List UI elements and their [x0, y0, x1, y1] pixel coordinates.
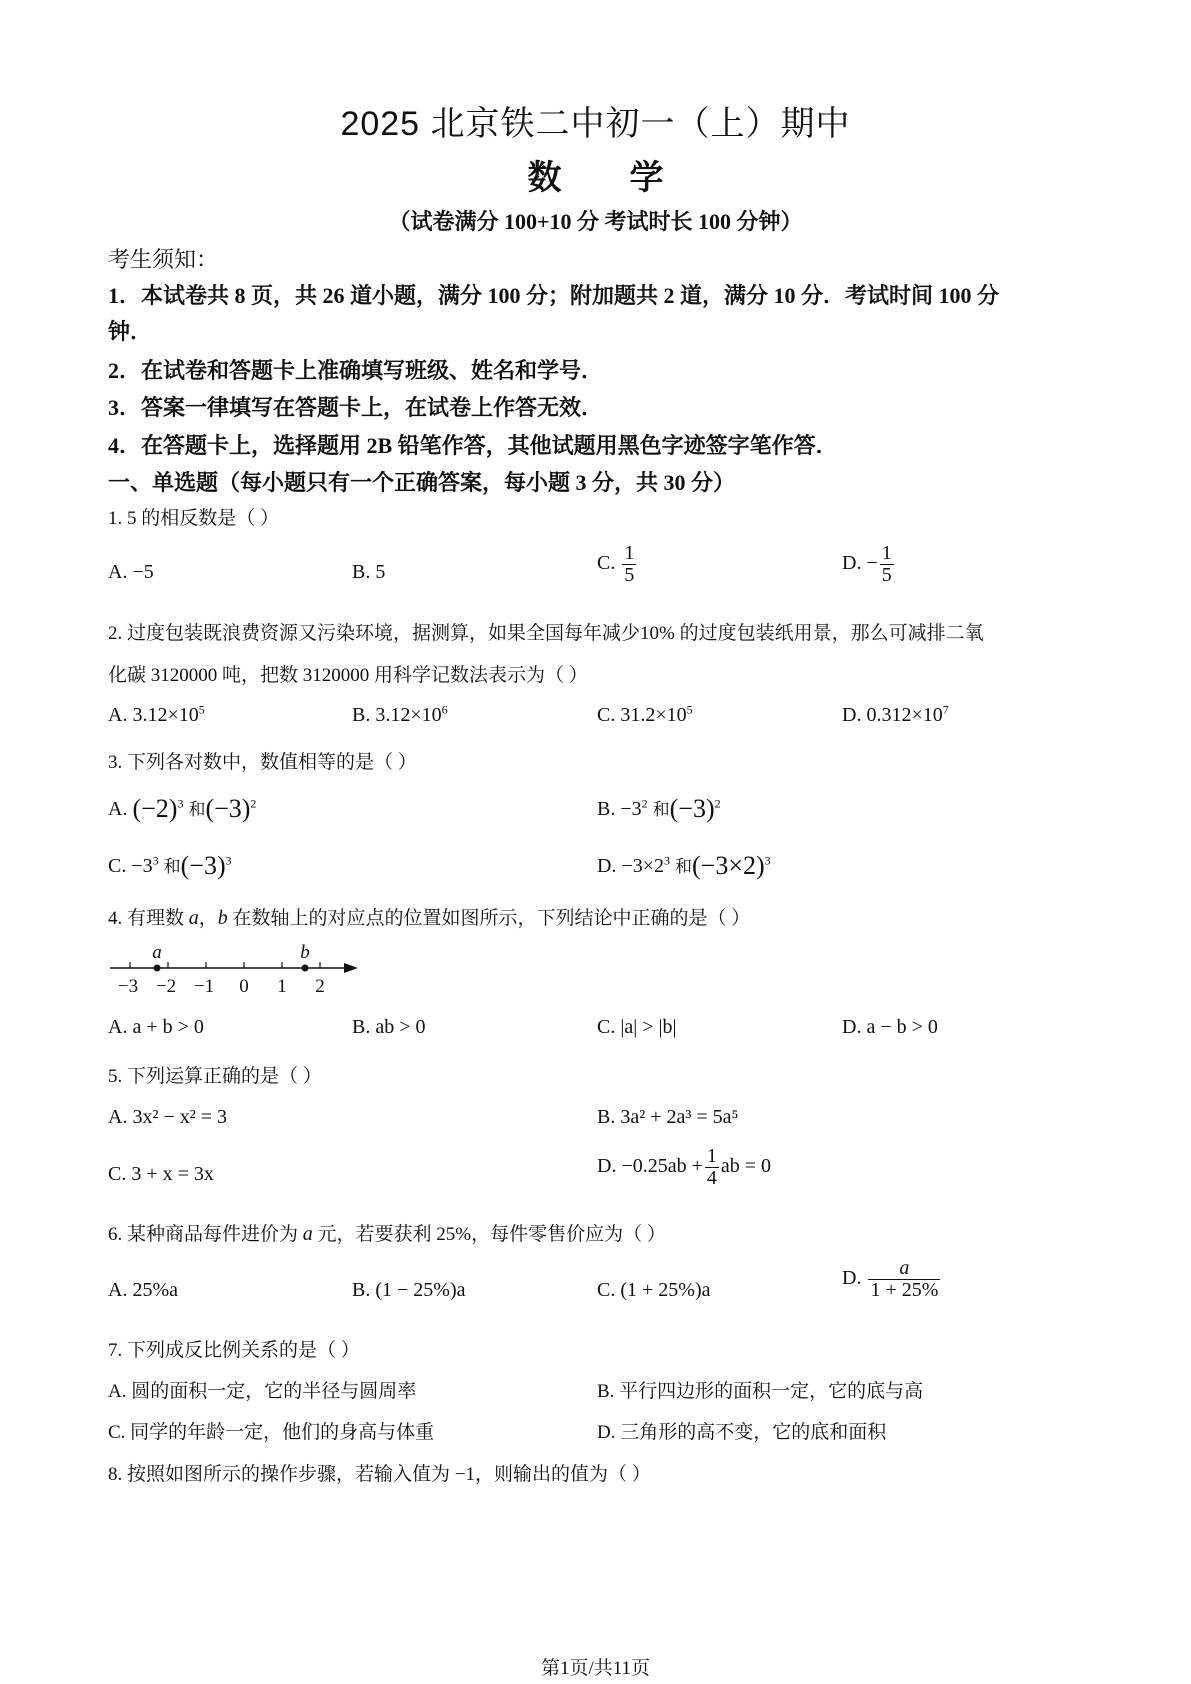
exam-title: 2025 北京铁二中初一（上）期中: [0, 96, 1191, 145]
fraction: 15: [880, 543, 894, 586]
q1-option-a: A. −5: [108, 561, 154, 584]
q2-option-a: A. 3.12×105: [108, 704, 205, 727]
svg-text:0: 0: [239, 976, 249, 997]
q6-option-c: C. (1 + 25%)a: [597, 1279, 710, 1302]
q2-option-b: B. 3.12×106: [352, 704, 448, 727]
question-1-stem: 1. 5 的相反数是（ ）: [108, 503, 279, 530]
q1-option-c: C. 15: [597, 543, 638, 586]
exam-subtitle: （试卷满分 100+10 分 考试时长 100 分钟）: [0, 205, 1191, 236]
section-heading: 一、单选题（每小题只有一个正确答案，每小题 3 分，共 30 分）: [108, 466, 735, 497]
q5-option-d: D. −0.25ab +14ab = 0: [597, 1146, 771, 1189]
q1-option-b: B. 5: [352, 561, 385, 584]
svg-text:−2: −2: [156, 976, 176, 997]
q3-option-c: C. −33 和(−3)3: [108, 851, 232, 881]
number-line-diagram: a b −3 −2 −1 0 1 2: [108, 942, 368, 1007]
question-8-stem: 8. 按照如图所示的操作步骤，若输入值为 −1，则输出的值为（ ）: [108, 1459, 651, 1486]
q3-option-b: B. −32 和(−3)2: [597, 794, 721, 824]
q4-option-b: B. ab > 0: [352, 1016, 426, 1039]
q5-option-b: B. 3a² + 2a³ = 5a⁵: [597, 1106, 739, 1129]
fraction: a1 + 25%: [868, 1258, 940, 1301]
q6-option-d: D. a1 + 25%: [842, 1258, 942, 1301]
q4-option-c: C. |a| > |b|: [597, 1016, 677, 1039]
svg-text:−1: −1: [194, 976, 214, 997]
q7-option-d: D. 三角形的高不变，它的底和面积: [597, 1417, 886, 1444]
subject-char-2: 学: [630, 150, 664, 199]
q4-option-d: D. a − b > 0: [842, 1016, 938, 1039]
question-6-stem: 6. 某种商品每件进价为 a 元，若要获利 25%，每件零售价应为（ ）: [108, 1219, 666, 1246]
question-3-stem: 3. 下列各对数中，数值相等的是（ ）: [108, 747, 417, 774]
exam-subject: 数学: [0, 150, 1191, 199]
q1-option-d: D. −15: [842, 543, 896, 586]
notice-heading: 考生须知：: [108, 243, 218, 274]
svg-text:1: 1: [277, 976, 287, 997]
notice-item-1-cont: 钟．: [108, 315, 152, 346]
q3-option-a: A. (−2)3 和(−3)2: [108, 794, 256, 824]
question-2-stem-line1: 2. 过度包装既浪费资源又污染环境，据测算，如果全国每年减少10% 的过度包装纸…: [108, 618, 984, 645]
fraction: 14: [705, 1146, 719, 1189]
q7-option-a: A. 圆的面积一定，它的半径与圆周率: [108, 1376, 416, 1403]
page-number: 第1页/共11页: [0, 1653, 1191, 1680]
arrow-right-icon: [344, 963, 358, 973]
fraction: 15: [622, 543, 636, 586]
point-a: [154, 965, 161, 972]
subject-char-1: 数: [528, 150, 562, 199]
q5-option-c: C. 3 + x = 3x: [108, 1163, 214, 1186]
q6-option-a: A. 25%a: [108, 1279, 178, 1302]
q5-option-a: A. 3x² − x² = 3: [108, 1106, 227, 1129]
q4-option-a: A. a + b > 0: [108, 1016, 204, 1039]
number-line-svg: a b −3 −2 −1 0 1 2: [108, 942, 368, 1002]
question-2-stem-line2: 化碳 3120000 吨，把数 3120000 用科学记数法表示为（ ）: [108, 660, 588, 687]
q7-option-c: C. 同学的年龄一定，他们的身高与体重: [108, 1417, 434, 1444]
q3-option-d: D. −3×23 和(−3×2)3: [597, 851, 771, 881]
svg-text:2: 2: [315, 976, 325, 997]
svg-text:a: a: [152, 942, 162, 963]
q2-option-c: C. 31.2×105: [597, 704, 693, 727]
q6-option-b: B. (1 − 25%)a: [352, 1279, 465, 1302]
svg-text:−3: −3: [118, 976, 138, 997]
point-b: [302, 965, 309, 972]
notice-item-2: 2．在试卷和答题卡上准确填写班级、姓名和学号．: [108, 354, 603, 385]
question-5-stem: 5. 下列运算正确的是（ ）: [108, 1061, 322, 1088]
q2-option-d: D. 0.312×107: [842, 704, 949, 727]
notice-item-4: 4．在答题卡上，选择题用 2B 铅笔作答，其他试题用黑色字迹签字笔作答．: [108, 429, 838, 460]
notice-item-1: 1．本试卷共 8 页，共 26 道小题，满分 100 分；附加题共 2 道，满分…: [108, 279, 999, 310]
q7-option-b: B. 平行四边形的面积一定，它的底与高: [597, 1376, 923, 1403]
notice-item-3: 3．答案一律填写在答题卡上，在试卷上作答无效．: [108, 391, 603, 422]
question-7-stem: 7. 下列成反比例关系的是（ ）: [108, 1335, 360, 1362]
svg-text:b: b: [300, 942, 310, 963]
question-4-stem: 4. 有理数 a，b 在数轴上的对应点的位置如图所示，下列结论中正确的是（ ）: [108, 903, 750, 930]
